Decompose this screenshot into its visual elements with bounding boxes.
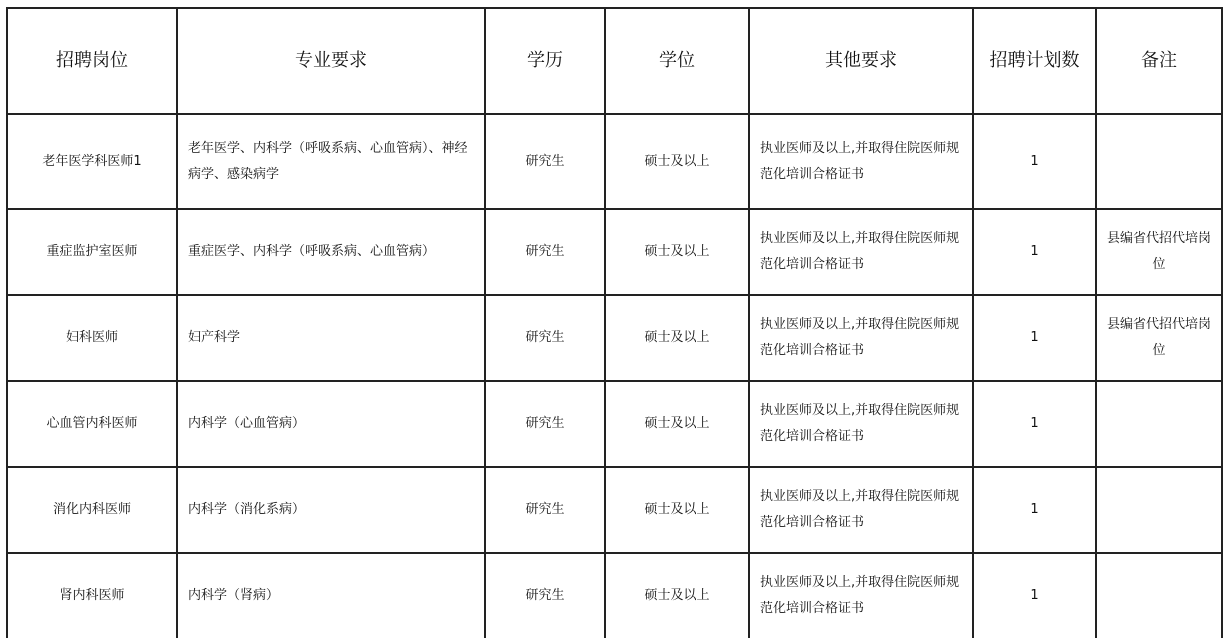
header-count: 招聘计划数 [973, 8, 1096, 114]
cell-degree: 硕士及以上 [605, 553, 749, 638]
table-row: 消化内科医师 内科学（消化系病） 研究生 硕士及以上 执业医师及以上,并取得住院… [7, 467, 1222, 553]
cell-other: 执业医师及以上,并取得住院医师规范化培训合格证书 [749, 553, 973, 638]
cell-education: 研究生 [485, 209, 605, 295]
cell-note: 县编省代招代培岗位 [1096, 295, 1222, 381]
cell-other: 执业医师及以上,并取得住院医师规范化培训合格证书 [749, 295, 973, 381]
table-row: 心血管内科医师 内科学（心血管病） 研究生 硕士及以上 执业医师及以上,并取得住… [7, 381, 1222, 467]
header-row: 招聘岗位 专业要求 学历 学位 其他要求 招聘计划数 备注 [7, 8, 1222, 114]
cell-count: 1 [973, 209, 1096, 295]
cell-position: 老年医学科医师1 [7, 114, 177, 209]
cell-major: 内科学（消化系病） [177, 467, 485, 553]
cell-other: 执业医师及以上,并取得住院医师规范化培训合格证书 [749, 114, 973, 209]
cell-count: 1 [973, 553, 1096, 638]
header-degree: 学位 [605, 8, 749, 114]
cell-major: 内科学（肾病） [177, 553, 485, 638]
cell-count: 1 [973, 114, 1096, 209]
table-row: 老年医学科医师1 老年医学、内科学（呼吸系病、心血管病）、神经病学、感染病学 研… [7, 114, 1222, 209]
cell-note [1096, 467, 1222, 553]
header-major: 专业要求 [177, 8, 485, 114]
cell-education: 研究生 [485, 295, 605, 381]
table-row: 肾内科医师 内科学（肾病） 研究生 硕士及以上 执业医师及以上,并取得住院医师规… [7, 553, 1222, 638]
cell-degree: 硕士及以上 [605, 467, 749, 553]
cell-position: 重症监护室医师 [7, 209, 177, 295]
cell-major: 老年医学、内科学（呼吸系病、心血管病）、神经病学、感染病学 [177, 114, 485, 209]
cell-position: 消化内科医师 [7, 467, 177, 553]
cell-other: 执业医师及以上,并取得住院医师规范化培训合格证书 [749, 467, 973, 553]
cell-count: 1 [973, 381, 1096, 467]
cell-education: 研究生 [485, 467, 605, 553]
table-row: 重症监护室医师 重症医学、内科学（呼吸系病、心血管病） 研究生 硕士及以上 执业… [7, 209, 1222, 295]
cell-degree: 硕士及以上 [605, 209, 749, 295]
cell-position: 肾内科医师 [7, 553, 177, 638]
cell-position: 妇科医师 [7, 295, 177, 381]
header-other: 其他要求 [749, 8, 973, 114]
cell-other: 执业医师及以上,并取得住院医师规范化培训合格证书 [749, 381, 973, 467]
cell-major: 重症医学、内科学（呼吸系病、心血管病） [177, 209, 485, 295]
cell-note [1096, 114, 1222, 209]
cell-note [1096, 553, 1222, 638]
cell-degree: 硕士及以上 [605, 381, 749, 467]
table-row: 妇科医师 妇产科学 研究生 硕士及以上 执业医师及以上,并取得住院医师规范化培训… [7, 295, 1222, 381]
cell-major: 妇产科学 [177, 295, 485, 381]
cell-education: 研究生 [485, 381, 605, 467]
cell-count: 1 [973, 295, 1096, 381]
cell-note [1096, 381, 1222, 467]
cell-other: 执业医师及以上,并取得住院医师规范化培训合格证书 [749, 209, 973, 295]
cell-degree: 硕士及以上 [605, 114, 749, 209]
cell-education: 研究生 [485, 553, 605, 638]
cell-count: 1 [973, 467, 1096, 553]
header-note: 备注 [1096, 8, 1222, 114]
header-education: 学历 [485, 8, 605, 114]
recruitment-table: 招聘岗位 专业要求 学历 学位 其他要求 招聘计划数 备注 老年医学科医师1 老… [6, 7, 1223, 638]
cell-note: 县编省代招代培岗位 [1096, 209, 1222, 295]
cell-major: 内科学（心血管病） [177, 381, 485, 467]
header-position: 招聘岗位 [7, 8, 177, 114]
cell-education: 研究生 [485, 114, 605, 209]
cell-position: 心血管内科医师 [7, 381, 177, 467]
cell-degree: 硕士及以上 [605, 295, 749, 381]
